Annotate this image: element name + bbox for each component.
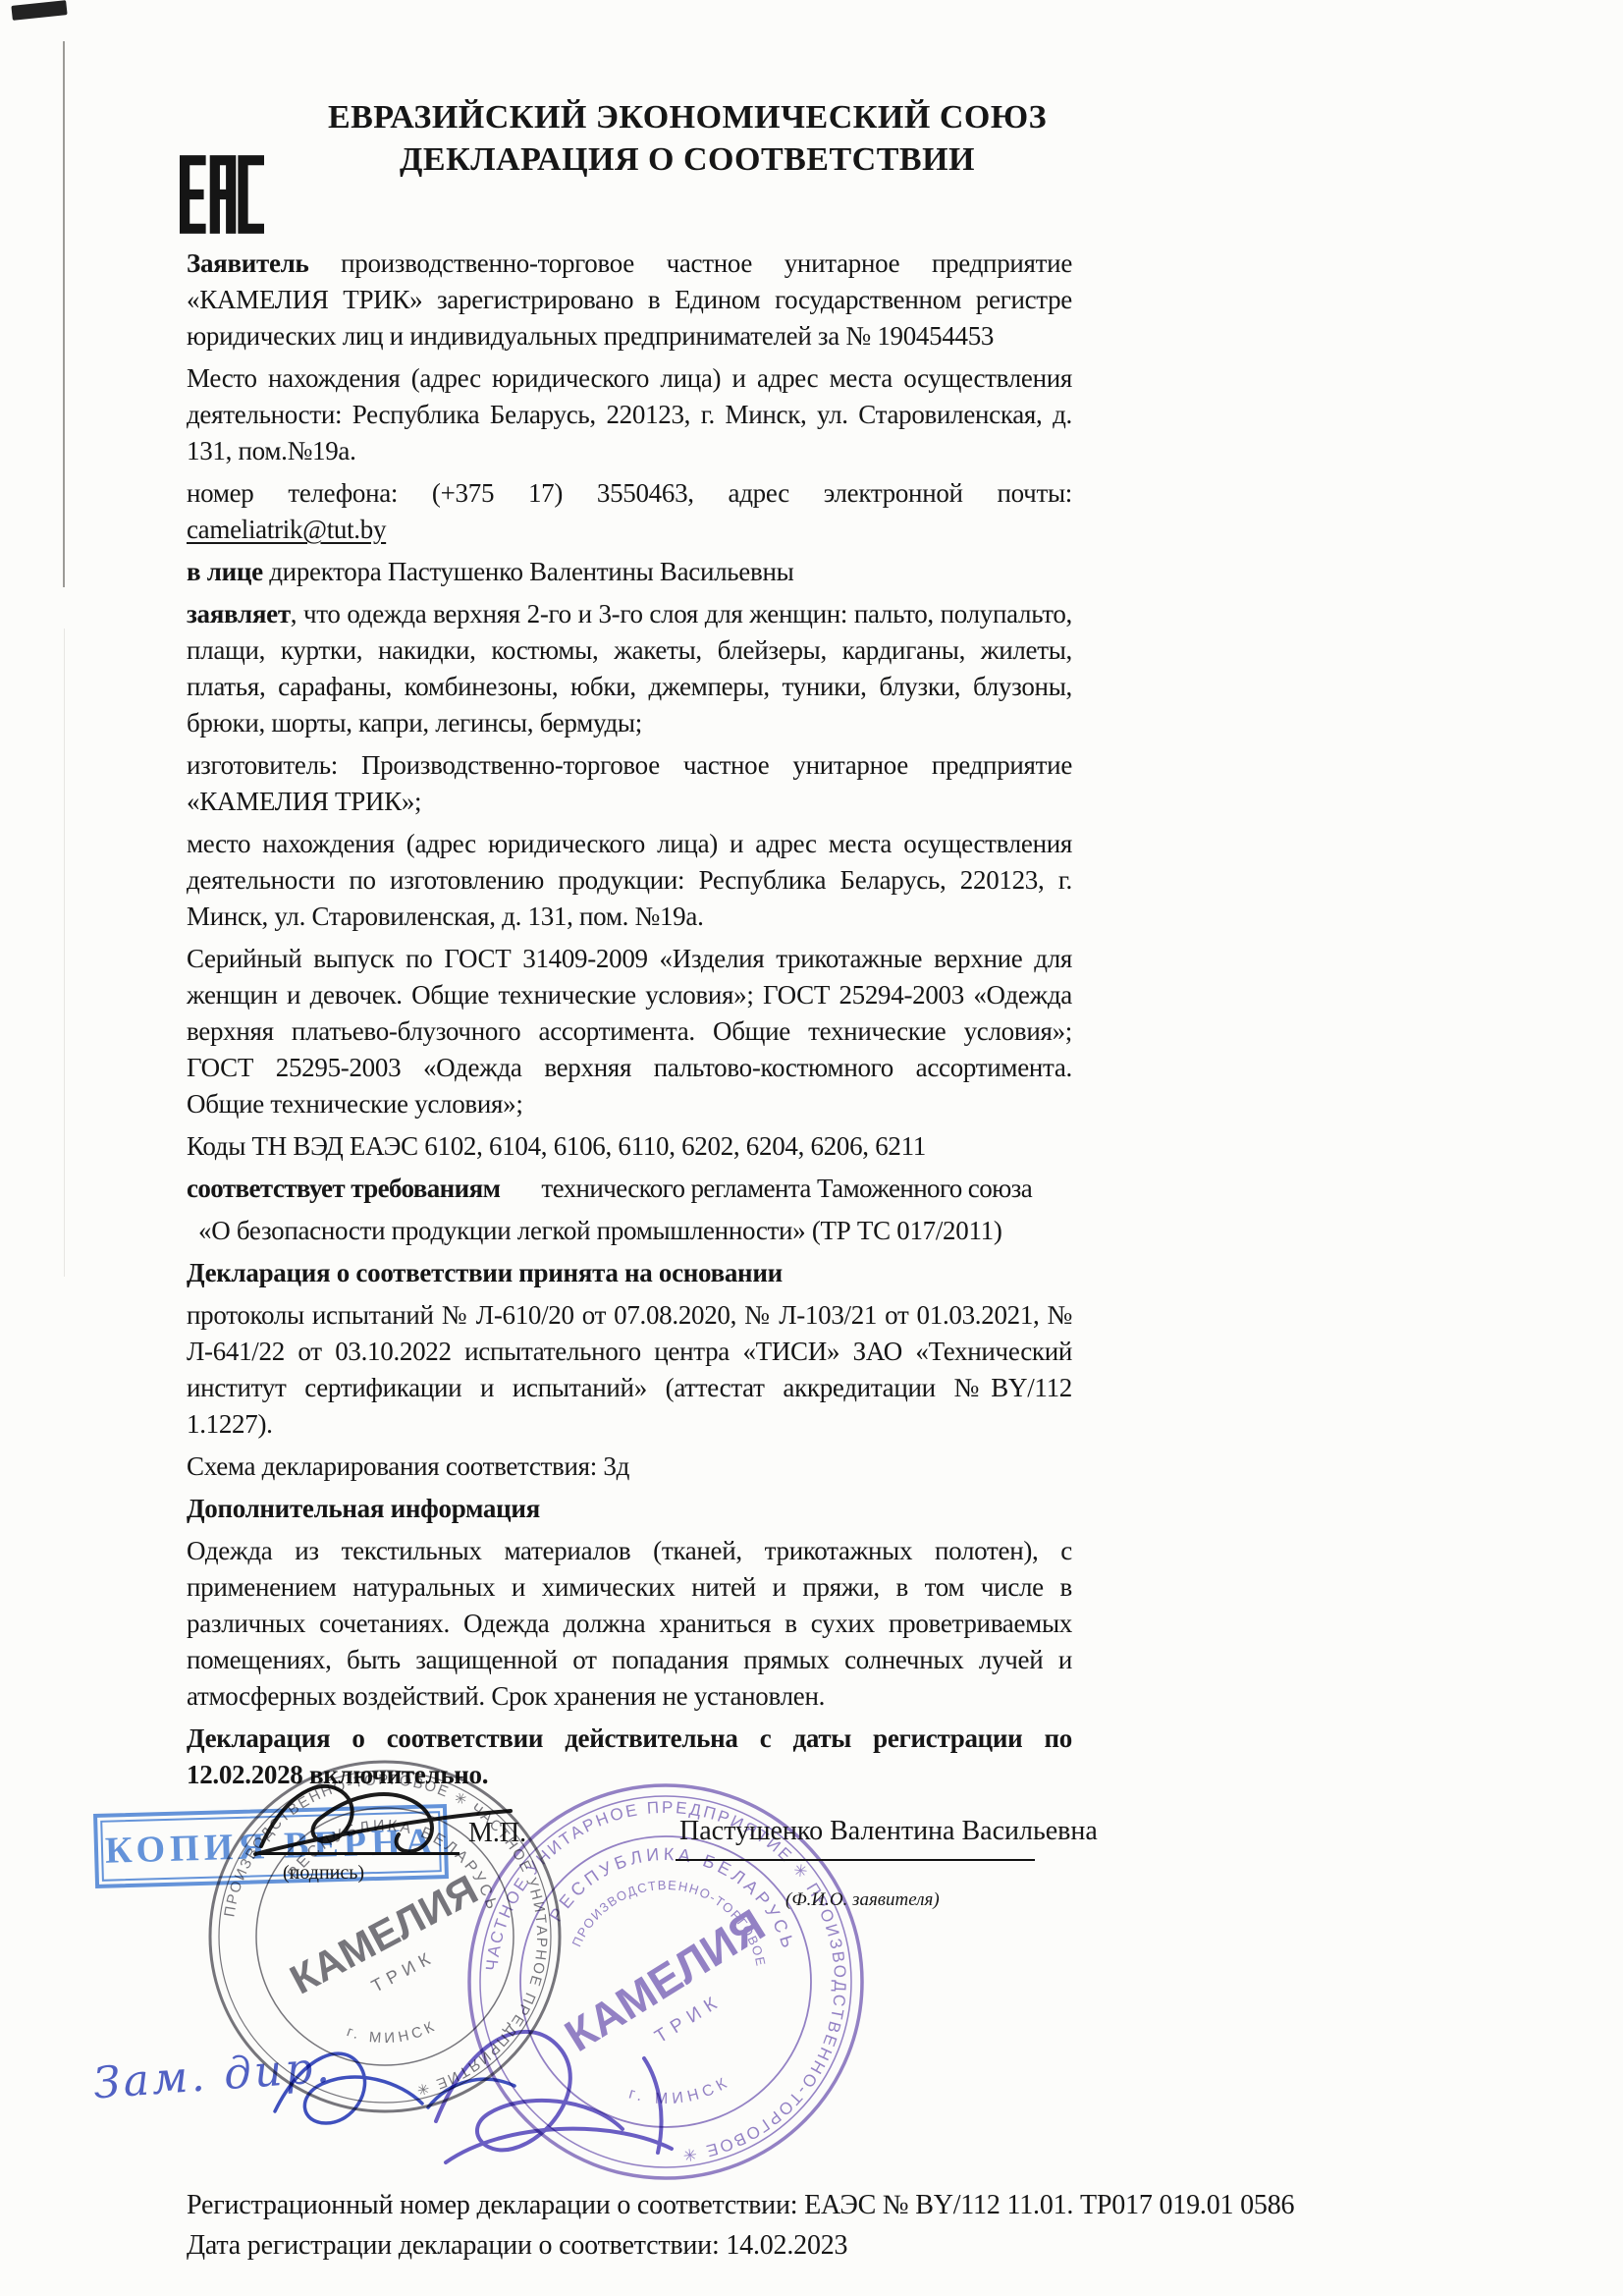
paragraph: номер телефона: (+375 17) 3550463, адрес… <box>187 475 1072 548</box>
paragraph: Коды ТН ВЭД ЕАЭС 6102, 6104, 6106, 6110,… <box>187 1128 1072 1165</box>
signature-line <box>257 1852 460 1855</box>
registration-number-line: Регистрационный номер декларации о соотв… <box>187 2190 1294 2221</box>
scan-line-artifact <box>63 41 65 587</box>
registration-date-line: Дата регистрации декларации о соответств… <box>187 2230 847 2262</box>
text: Серийный выпуск по ГОСТ 31409-2009 «Изде… <box>187 944 1072 1119</box>
bold-text: в лице <box>187 557 269 586</box>
paragraph: в лице директора Пастушенко Валентины Ва… <box>187 554 1072 590</box>
text: директора Пастушенко Валентины Васильевн… <box>269 557 793 586</box>
applicant-name: Пастушенко Валентина Васильевна <box>679 1816 1098 1847</box>
applicant-name-line <box>676 1859 1035 1861</box>
paragraph: изготовитель: Производственно-торговое ч… <box>187 747 1072 820</box>
paragraph: Одежда из текстильных материалов (тканей… <box>187 1533 1072 1715</box>
eac-mark-icon <box>180 153 264 236</box>
text: Место нахождения (адрес юридического лиц… <box>187 363 1072 465</box>
paragraph: Дополнительная информация <box>187 1491 1072 1527</box>
paragraph: Серийный выпуск по ГОСТ 31409-2009 «Изде… <box>187 941 1072 1122</box>
paragraph: соответствует требованиямтехнического ре… <box>187 1171 1072 1207</box>
signature-caption: (подпись) <box>283 1862 364 1885</box>
bold-text: заявляет <box>187 599 291 629</box>
signature-violet <box>412 1999 717 2196</box>
mp-label: М.П. <box>468 1818 526 1849</box>
scan-smudge <box>11 0 67 21</box>
paragraph: Декларация о соответствии принята на осн… <box>187 1255 1072 1291</box>
applicant-caption: (Ф.И.О. заявителя) <box>785 1889 940 1911</box>
text: номер телефона: (+375 17) 3550463, адрес… <box>187 478 1072 508</box>
scan-line-artifact-faint <box>64 629 65 1277</box>
paragraph: Место нахождения (адрес юридического лиц… <box>187 360 1072 469</box>
document-title: ЕВРАЗИЙСКИЙ ЭКОНОМИЧЕСКИЙ СОЮЗ ДЕКЛАРАЦИ… <box>295 96 1080 181</box>
paragraph: протоколы испытаний № Л-610/20 от 07.08.… <box>187 1297 1072 1443</box>
text: Одежда из текстильных материалов (тканей… <box>187 1536 1072 1711</box>
bold-text: Заявитель <box>187 248 341 278</box>
paragraph: заявляет, что одежда верхняя 2-го и 3-го… <box>187 596 1072 741</box>
paragraph: место нахождения (адрес юридического лиц… <box>187 826 1072 935</box>
bold-text: Дополнительная информация <box>187 1494 540 1523</box>
text: , что одежда верхняя 2-го и 3-го слоя дл… <box>187 599 1072 738</box>
declaration-document: ЕВРАЗИЙСКИЙ ЭКОНОМИЧЕСКИЙ СОЮЗ ДЕКЛАРАЦИ… <box>0 0 1623 2296</box>
document-body: Заявитель производственно-торговое частн… <box>187 246 1072 1799</box>
text: технического регламента Таможенного союз… <box>541 1174 1032 1203</box>
text: место нахождения (адрес юридического лиц… <box>187 829 1072 931</box>
paragraph: Схема декларирования соответствия: 3д <box>187 1449 1072 1485</box>
text: изготовитель: Производственно-торговое ч… <box>187 750 1072 816</box>
text: Коды ТН ВЭД ЕАЭС 6102, 6104, 6106, 6110,… <box>187 1131 926 1161</box>
text: «О безопасности продукции легкой промышл… <box>198 1216 1002 1245</box>
text: протоколы испытаний № Л-610/20 от 07.08.… <box>187 1300 1072 1439</box>
bold-text: соответствует требованиям <box>187 1174 500 1203</box>
bold-text: Декларация о соответствии принята на осн… <box>187 1258 783 1287</box>
title-line-union: ЕВРАЗИЙСКИЙ ЭКОНОМИЧЕСКИЙ СОЮЗ <box>295 96 1080 138</box>
paragraph: Заявитель производственно-торговое частн… <box>187 246 1072 355</box>
text: Схема декларирования соответствия: 3д <box>187 1451 629 1481</box>
paragraph: «О безопасности продукции легкой промышл… <box>187 1213 1072 1249</box>
email-text: cameliatrik@tut.by <box>187 515 386 544</box>
title-line-declaration: ДЕКЛАРАЦИЯ О СООТВЕТСТВИИ <box>295 138 1080 181</box>
